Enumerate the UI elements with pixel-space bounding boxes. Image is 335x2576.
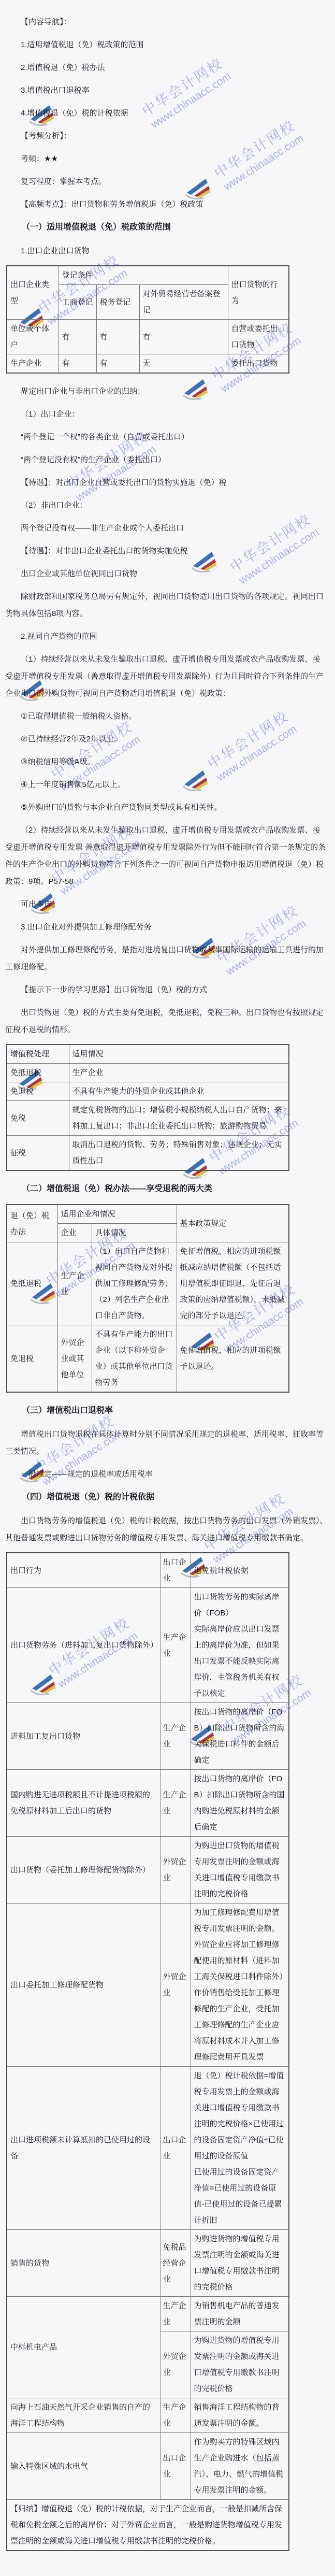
paragraph: （1）出口企业： (5, 406, 328, 423)
table-cell: 输入特殊区域的水电气 (7, 2433, 161, 2500)
table-cell: 为购进货物的增值税专用发票注明的金额或海关进口增值税专用缴款书注明的完税价格 (191, 2331, 289, 2398)
table-cell: 免退税 (7, 1325, 57, 1393)
table-cell: 向海上石油天然气开采企业销售的自产的海洋工程结构物 (7, 2398, 161, 2433)
table-cell: （1）出口自产货物和视同自产货物及对外提供加工修理修配劳务；（2）列名生产企业出… (92, 1242, 177, 1325)
document-content: 【内容导航】： 1.适用增值税退（免）税政策的范围 2.增值税退（免）税办法 3… (0, 0, 335, 2576)
table-cell: 免退税 (7, 1082, 69, 1101)
table-cell: 按出口货物的离岸价（FOB）扣除出口货物所含的国内购进免税原材料的金额后确定 (191, 1770, 289, 1837)
table-row: 进料加工复出口货物 生产企业 按出口货物的离岸价（FOB）扣除出口货物所含的海关… (7, 1703, 289, 1770)
table-cell: 征税 (7, 1136, 69, 1171)
vat-treatment-table: 增值税处理 适用情况 免抵退税 生产企业 免退税 不具有生产能力的外贸企业或其他… (6, 1044, 289, 1171)
paragraph: 出口货物劳务的增值税退（免）税的计税依据，按出口货物劳务的出口发票（外销发票）、… (5, 1512, 328, 1547)
table-cell: 免税品经营企业 (161, 2230, 191, 2297)
table-cell: 生产企业 (161, 2398, 191, 2433)
table-cell: 免抵退税 (7, 1064, 69, 1082)
table-cell: 中标机电产品 (7, 2297, 161, 2398)
table-cell: 取消出口退税的货物、劳务；特殊销售对象；违规企业；无实质性出口 (69, 1136, 289, 1171)
table-cell: 出口委托加工修理修配货物 (7, 1904, 161, 2067)
table-header-cell: 出口货物的行为 (228, 266, 289, 320)
section-3-heading: （三）增值税出口退税率 (5, 1402, 328, 1419)
table-row: 出口委托加工修理修配货物 外贸企业 为加工修理修配费用增值税专用发票注明的金额。… (7, 1904, 289, 2067)
table-cell: 为加工修理修配费用增值税专用发票注明的金额。外贸企业应将加工修理修配使用的原材料… (191, 1904, 289, 2067)
paragraph: ②已持续经营2年及2年以上。 (5, 731, 328, 748)
table-header-cell: 具体情况 (92, 1224, 177, 1242)
table-header-cell: 企业 (57, 1224, 92, 1242)
table-row: 免退税 不具有生产能力的外贸企业或其他企业 (7, 1082, 289, 1101)
table-cell: 出口企业 (161, 2067, 191, 2230)
paragraph: 出口企业或其他单位视同出口货物 (5, 565, 328, 582)
basis-line: 实际离岸价应以出口发票上的离岸价为准，但如果出口发票不能反映实际离岸价，主管税务… (194, 1621, 286, 1701)
table-cell: 不具有生产能力的出口企业（以下称外贸企业）或其他单位出口货物劳务 (92, 1325, 177, 1393)
rebate-method-table: 退（免）税办法 适用企业和情况 基本政策规定 企业 具体情况 免抵退税 生产企业… (6, 1204, 289, 1393)
table-cell: 生产企业 (7, 354, 59, 374)
paragraph: “两个登记没有权”的生产企业（委托出口） (5, 451, 328, 468)
basis-line: 已使用过的设备固定资产净值=已使用过的设备原值-已使用过的设备已提累计折旧 (194, 2164, 286, 2228)
table-header-cell: 对外贸易经营者备案登记 (139, 285, 228, 320)
basis-line: 出口货物劳务的实际离岸价（FOB） (194, 1589, 286, 1621)
nav-item-1: 1.适用增值税退（免）税政策的范围 (5, 36, 328, 53)
table-header-cell: 退免税计税依据 (191, 1553, 289, 1588)
table-row: 征税 取消出口退税的货物、劳务；特殊销售对象；违规企业；无实质性出口 (7, 1136, 289, 1171)
table-cell: 自营或委托出口货物 (228, 320, 289, 354)
paragraph: 1.出口企业出口货物 (5, 242, 328, 260)
table-cell: 外贸企业 (161, 1904, 191, 2067)
table-cell: 生产企业 (57, 1242, 92, 1325)
table-cell: 生产企业 (161, 1588, 191, 1703)
table-cell: 不具有生产能力的外贸企业或其他企业 (69, 1082, 289, 1101)
table-cell: 委托出口货物 (228, 354, 289, 374)
table-row: 免抵退税 生产企业 （1）出口自产货物和视同自产货物及对外提供加工修理修配劳务；… (7, 1242, 289, 1325)
table-cell: 免征增值税，相应的进项税额予以退还。 (177, 1325, 289, 1393)
paragraph: 除财政部和国家税务总局另有规定外，视同出口货物适用出口货物的各项规定。视同出口货… (5, 588, 328, 622)
table-cell: 外贸企业 (161, 1837, 191, 1904)
paragraph: 【提示下一步的学习思路】出口货物退（免）税的方式 (5, 981, 328, 998)
paragraph: 对外提供加工修理修配劳务，是指对进境复出口货物或从事国际运输的运输工具进行的加工… (5, 941, 328, 976)
freq-stars: 考频：★★ (5, 150, 328, 167)
paragraph: ⑤外购出口的货物与本企业自产货物同类型或具有相关性。 (5, 799, 328, 816)
paragraph: 【待遇】：对非出口企业委托出口的货物实施免税 (5, 542, 328, 560)
table-cell: 免征增值税，相应的进项税额抵减应纳增值税额（不包括适用增值税即征即退、先征后退政… (177, 1242, 289, 1325)
table-header-cell: 出口企业 (161, 1553, 191, 1588)
hot-topic: 【高频考点】：出口货物和劳务增值税退（免）税政策 (5, 196, 328, 213)
table-cell: 为销售机电产品的普通发票注明的金额 (191, 2297, 289, 2331)
table-cell: 单位或个体户 (7, 320, 59, 354)
nav-item-3: 3.增值税出口退税率 (5, 82, 328, 99)
table-header-cell: 出口行为 (7, 1553, 161, 1588)
tax-basis-table: 出口行为 出口企业 退免税计税依据 出口货物劳务（进料加工复出口货物除外） 生产… (6, 1552, 289, 2551)
export-enterprise-table: 出口企业类型 登记条件 出口货物的行为 工商登记 税务登记 对外贸易经营者备案登… (6, 265, 289, 374)
table-row: 出口进项税额未计算抵扣的已使用过的设备 出口企业 退（免）税计税依据=增值税专用… (7, 2067, 289, 2230)
table-row: 免退税 外贸企业或其他单位 不具有生产能力的出口企业（以下称外贸企业）或其他单位… (7, 1325, 289, 1393)
table-row: 生产企业 有 有 无 委托出口货物 (7, 354, 289, 374)
table-cell: 按出口货物的离岸价（FOB）扣除出口货物所含的海关保税进口料件的金额后确定 (191, 1703, 289, 1770)
table-cell: 生产企业 (161, 1703, 191, 1770)
table-header-cell: 退（免）税办法 (7, 1205, 57, 1242)
table-cell: 销售的货物 (7, 2230, 161, 2297)
table-row: 向海上石油天然气开采企业销售的自产的海洋工程结构物 生产企业 销售海洋工程结构物… (7, 2398, 289, 2433)
table-cell: 销售海洋工程结构物的普通发票注明的金额。 (191, 2398, 289, 2433)
table-cell: 进料加工复出口货物 (7, 1703, 161, 1770)
content-nav-title: 【内容导航】： (5, 13, 328, 31)
table-cell: 出口货物劳务（进料加工复出口货物除外） (7, 1588, 161, 1703)
table-row: 【归纳】增值税退（免）税的计税依据，对于生产企业而言，一般是扣减所含保税和免税金… (7, 2500, 289, 2551)
paragraph: “两个登记一个权”的各类企业（自营或委托出口） (5, 428, 328, 446)
table-cell: 出口货物劳务的实际离岸价（FOB） 实际离岸价应以出口发票上的离岸价为准，但如果… (191, 1588, 289, 1703)
summary-cell: 【归纳】增值税退（免）税的计税依据，对于生产企业而言，一般是扣减所含保税和免税金… (7, 2500, 289, 2551)
paragraph: （1）持续经营以来从未发生骗取出口退税、虚开增值税专用发票或农产品收购发票、接受… (5, 651, 328, 702)
table-cell: 生产企业 (161, 1770, 191, 1837)
table-row: 国内购进无进项税额且不计提进项税额的免税原材料加工后出口的货物 生产企业 按出口… (7, 1770, 289, 1837)
table-row: 免抵退税 生产企业 (7, 1064, 289, 1082)
paragraph: 两个登记没有权——非生产企业或个人委托出口 (5, 520, 328, 537)
table-cell: 免税 (7, 1101, 69, 1136)
table-row: 出口货物劳务（进料加工复出口货物除外） 生产企业 出口货物劳务的实际离岸价（FO… (7, 1588, 289, 1703)
table-row: 单位或个体户 有 有 有 自营或委托出口货物 (7, 320, 289, 354)
table-cell: 有 (59, 320, 96, 354)
table-cell: 出口进项税额未计算抵扣的已使用过的设备 (7, 2067, 161, 2230)
paragraph: ①已取得增值税一般纳税人资格。 (5, 708, 328, 725)
paragraph: ④上一年度销售额5亿元以上。 (5, 776, 328, 793)
section-1-heading: （一）适用增值税退（免）税政策的范围 (5, 219, 328, 236)
table-cell: 有 (59, 354, 96, 374)
table-header-cell: 工商登记 (59, 285, 96, 320)
table-cell: 出口货物（委托加工修理修配货物除外） (7, 1837, 161, 1904)
table-cell: 国内购进无进项税额且不计提进项税额的免税原材料加工后出口的货物 (7, 1770, 161, 1837)
table-cell: 免抵退税 (7, 1242, 57, 1325)
review-level: 复习程度：掌握本考点。 (5, 173, 328, 190)
nav-item-4: 4.增值税退（免）税的计税依据 (5, 105, 328, 122)
paragraph: 界定出口企业与非出口企业的归纳： (5, 383, 328, 400)
table-cell: 为购进货物的增值税专用发票注明的金额或海关进口增值税专用缴款书注明的完税价格 (191, 2230, 289, 2297)
paragraph: 【待遇】：对出口企业自营或委托出口的货物实施退（免）税 (5, 474, 328, 491)
table-header-cell: 出口企业类型 (7, 266, 59, 320)
table-row: 输入特殊区域的水电气 出口企业 作为购买方的特殊区域内生产企业购进水（包括蒸汽）… (7, 2433, 289, 2500)
paragraph: ③纳税信用等级A级。 (5, 753, 328, 770)
table-header-cell: 基本政策规定 (177, 1205, 289, 1242)
paragraph: 可出多选。 (5, 896, 328, 913)
table-cell: 有 (139, 320, 228, 354)
table-cell: 规定免税货物的出口；增值税小规模纳税人出口自产货物；来料加工复出口；非出口企业委… (69, 1101, 289, 1136)
paragraph: 增值税出口货物退税在具体计算时分别不同情况采用规定的退税率、适用税率、征收率等三… (5, 1426, 328, 1460)
paragraph: 2.视同自产货物的范围 (5, 628, 328, 645)
table-cell: 作为购买方的特殊区域内生产企业购进水（包括蒸汽）、电力、燃气的增值税专用发票注明… (191, 2433, 289, 2500)
nav-item-2: 2.增值税退（免）税办法 (5, 59, 328, 76)
table-cell: 为购进出口货物的增值税专用发票注明的金额或海关进口增值税专用缴款书注明的完税价格 (191, 1837, 289, 1904)
table-cell: 无 (139, 354, 228, 374)
table-row: 免税 规定免税货物的出口；增值税小规模纳税人出口自产货物；来料加工复出口；非出口… (7, 1101, 289, 1136)
table-header-cell: 税务登记 (96, 285, 139, 320)
table-row: 中标机电产品 生产企业 为销售机电产品的普通发票注明的金额 (7, 2297, 289, 2331)
table-row: 销售的货物 免税品经营企业 为购进货物的增值税专用发票注明的金额或海关进口增值税… (7, 2230, 289, 2297)
freq-analysis-title: 【考频分析】： (5, 127, 328, 145)
section-4-heading: （四）增值税退（免）税的计税依据 (5, 1489, 328, 1506)
table-header-cell: 适用情况 (69, 1044, 289, 1064)
table-cell: 有 (96, 320, 139, 354)
table-cell: 生产企业 (69, 1064, 289, 1082)
basis-line: 退（免）税计税依据=增值税专用发票上的金额或海关进口增值税专用缴款书注明的完税价… (194, 2068, 286, 2164)
table-header-cell: 适用企业和情况 (57, 1205, 177, 1224)
paragraph: （2）持续经营以来从未发生骗取出口退税、虚开增值税专用发票或农产品收购发票、接受… (5, 822, 328, 890)
table-header-cell: 增值税处理 (7, 1044, 69, 1064)
paragraph: （2）非出口企业： (5, 497, 328, 514)
table-cell: 有 (96, 354, 139, 374)
table-cell: 退（免）税计税依据=增值税专用发票上的金额或海关进口增值税专用缴款书注明的完税价… (191, 2067, 289, 2230)
paragraph: 3.出口企业对外提供加工修理修配劳务 (5, 919, 328, 936)
course-notes-page: 中华会计网校www.chinaacc.com中华会计网校www.chinaacc… (0, 0, 335, 2576)
paragraph: 出口货物退（免）税的方式主要有免退税，免抵退税，免税三种。出口货物也有按照规定征… (5, 1004, 328, 1038)
paragraph: 一般规定——规定的退税率或适用税率 (5, 1466, 328, 1483)
table-header-cell: 登记条件 (59, 266, 228, 285)
table-row: 出口货物（委托加工修理修配货物除外） 外贸企业 为购进出口货物的增值税专用发票注… (7, 1837, 289, 1904)
section-2-heading: （二）增值税退（免）税办法——享受退税的两大类 (5, 1180, 328, 1197)
table-cell: 外贸企业 (161, 2331, 191, 2398)
table-cell: 生产企业 (161, 2297, 191, 2331)
table-cell: 外贸企业或其他单位 (57, 1325, 92, 1393)
table-cell: 出口企业 (161, 2433, 191, 2500)
